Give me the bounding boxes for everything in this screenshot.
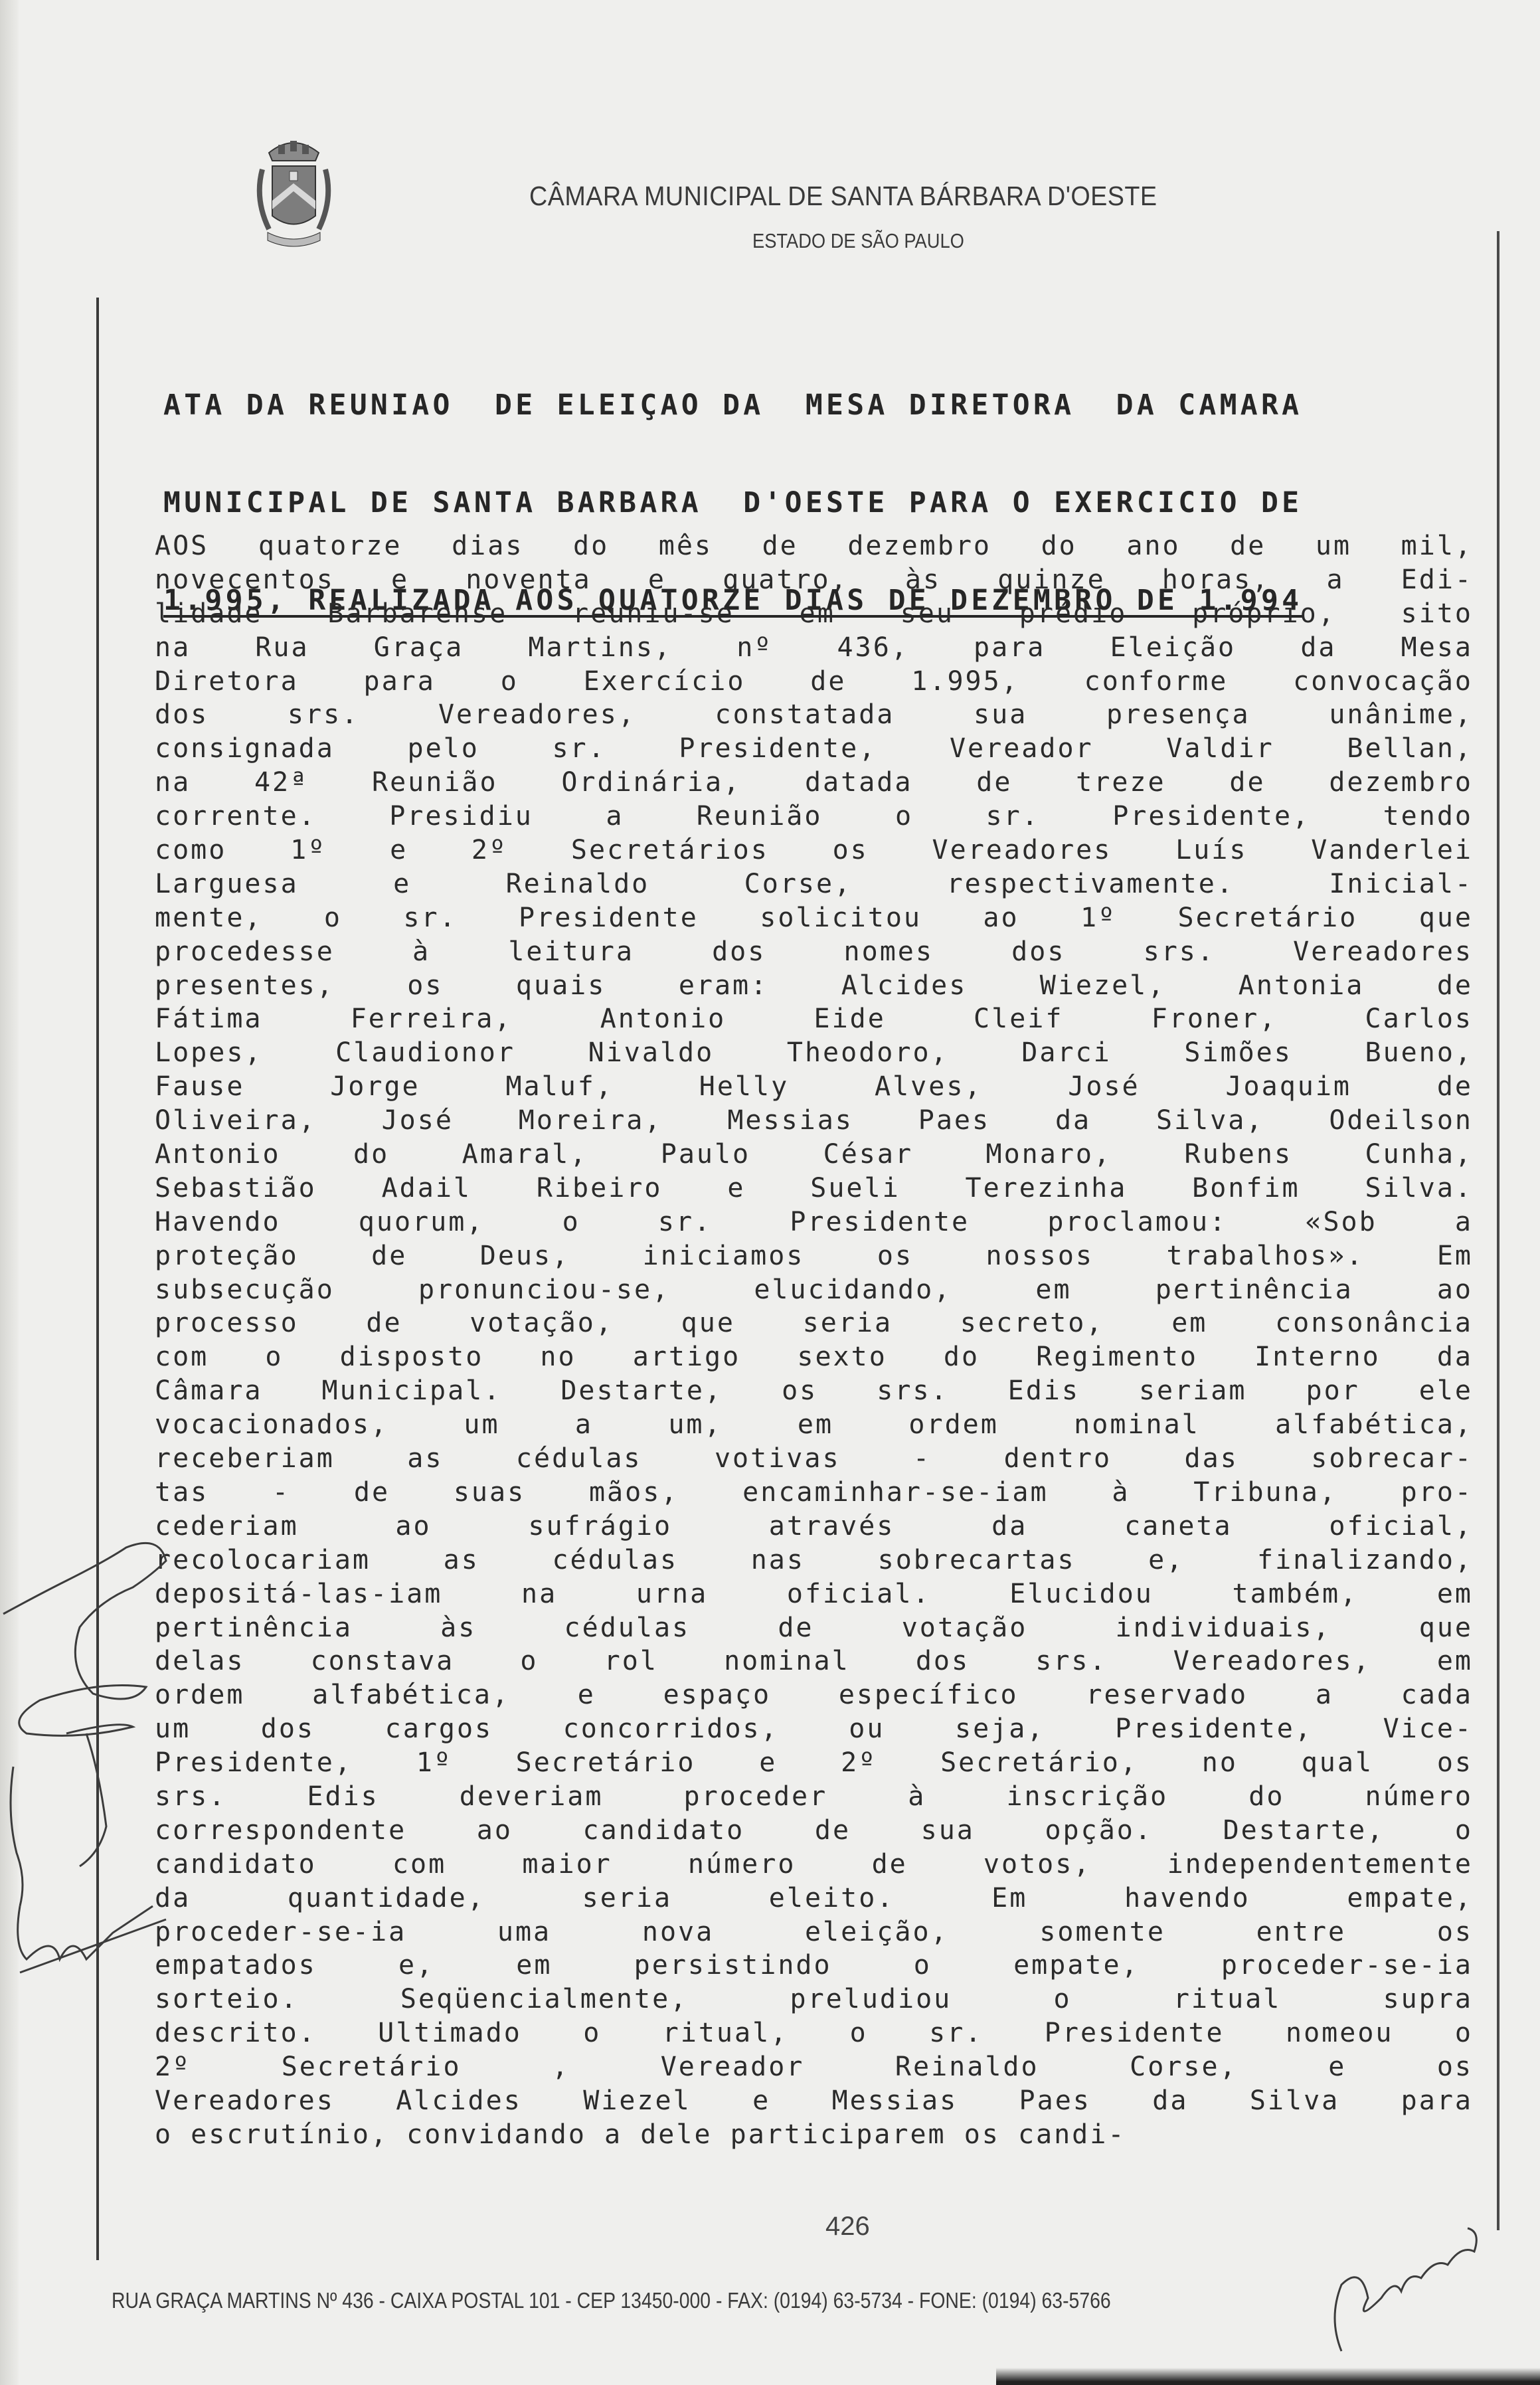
body-line: pertinência às cédulas de votação indivi… — [155, 1611, 1473, 1645]
body-line: recolocariam as cédulas nas sobrecartas … — [155, 1544, 1473, 1577]
body-line: Presidente, 1º Secretário e 2º Secretári… — [155, 1746, 1473, 1780]
minutes-body: AOS quatorze dias do mês de dezembro do … — [155, 529, 1473, 2152]
body-line: o escrutínio, convidando a dele particip… — [155, 2118, 1473, 2152]
body-line: descrito. Ultimado o ritual, o sr. Presi… — [155, 2016, 1473, 2050]
institution-name: CÂMARA MUNICIPAL DE SANTA BÁRBARA D'OEST… — [529, 181, 1157, 212]
body-line: corrente. Presidiu a Reunião o sr. Presi… — [155, 800, 1473, 834]
body-line: Sebastião Adail Ribeiro e Sueli Terezinh… — [155, 1172, 1473, 1205]
body-line: receberiam as cédulas votivas - dentro d… — [155, 1442, 1473, 1476]
body-line: ordem alfabética, e espaço específico re… — [155, 1678, 1473, 1712]
body-line: como 1º e 2º Secretários os Vereadores L… — [155, 834, 1473, 867]
body-line: candidato com maior número de votos, ind… — [155, 1848, 1473, 1882]
body-line: Câmara Municipal. Destarte, os srs. Edis… — [155, 1374, 1473, 1408]
body-line: srs. Edis deveriam proceder à inscrição … — [155, 1780, 1473, 1814]
body-line: lidade Barbarense reuniu-se em seu prédi… — [155, 597, 1473, 631]
body-line: mente, o sr. Presidente solicitou ao 1º … — [155, 901, 1473, 935]
body-line: AOS quatorze dias do mês de dezembro do … — [155, 529, 1473, 563]
scan-shadow — [996, 2368, 1540, 2385]
body-line: procedesse à leitura dos nomes dos srs. … — [155, 935, 1473, 969]
body-line: novecentos e noventa e quatro, às quinze… — [155, 563, 1473, 597]
body-line: presentes, os quais eram: Alcides Wiezel… — [155, 969, 1473, 1003]
frame-right-rule — [1497, 231, 1499, 2230]
body-line: com o disposto no artigo sexto do Regime… — [155, 1340, 1473, 1374]
body-line: delas constava o rol nominal dos srs. Ve… — [155, 1644, 1473, 1678]
body-line: cederiam ao sufrágio através da caneta o… — [155, 1510, 1473, 1544]
body-line: subsecução pronunciou-se, elucidando, em… — [155, 1273, 1473, 1307]
title-line: MUNICIPAL DE SANTA BARBARA D'OESTE PARA … — [163, 487, 1458, 519]
footer-address: RUA GRAÇA MARTINS Nº 436 - CAIXA POSTAL … — [112, 2288, 1111, 2313]
body-line: 2º Secretário , Vereador Reinaldo Corse,… — [155, 2050, 1473, 2084]
body-line: Lopes, Claudionor Nivaldo Theodoro, Darc… — [155, 1036, 1473, 1070]
body-line: dos srs. Vereadores, constatada sua pres… — [155, 698, 1473, 732]
body-line: empatados e, em persistindo o empate, pr… — [155, 1949, 1473, 1983]
body-line: sorteio. Seqüencialmente, preludiou o ri… — [155, 1983, 1473, 2016]
body-line: consignada pelo sr. Presidente, Vereador… — [155, 732, 1473, 766]
body-line: Oliveira, José Moreira, Messias Paes da … — [155, 1104, 1473, 1138]
body-line: um dos cargos concorridos, ou seja, Pres… — [155, 1712, 1473, 1746]
body-line: Fause Jorge Maluf, Helly Alves, José Joa… — [155, 1070, 1473, 1104]
body-line: Larguesa e Reinaldo Corse, respectivamen… — [155, 867, 1473, 901]
body-line: na 42ª Reunião Ordinária, datada de trez… — [155, 766, 1473, 800]
body-line: proceder-se-ia uma nova eleição, somente… — [155, 1915, 1473, 1949]
page-number: 426 — [825, 2212, 870, 2242]
body-line: tas - de suas mãos, encaminhar-se-iam à … — [155, 1476, 1473, 1510]
signature-bottom-right — [1322, 2218, 1494, 2371]
body-line: Antonio do Amaral, Paulo César Monaro, R… — [155, 1138, 1473, 1172]
coat-of-arms-icon — [249, 133, 339, 252]
state-name: ESTADO DE SÃO PAULO — [752, 229, 964, 253]
body-line: vocacionados, um a um, em ordem nominal … — [155, 1408, 1473, 1442]
body-line: processo de votação, que seria secreto, … — [155, 1306, 1473, 1340]
body-line: Havendo quorum, o sr. Presidente proclam… — [155, 1205, 1473, 1239]
title-line: ATA DA REUNIAO DE ELEIÇAO DA MESA DIRETO… — [163, 389, 1458, 422]
signature-left-margin — [0, 1534, 213, 2132]
body-line: proteção de Deus, iniciamos os nossos tr… — [155, 1239, 1473, 1273]
body-line: correspondente ao candidato de sua opção… — [155, 1814, 1473, 1848]
body-line: Fátima Ferreira, Antonio Eide Cleif Fron… — [155, 1002, 1473, 1036]
body-line: na Rua Graça Martins, nº 436, para Eleiç… — [155, 631, 1473, 665]
body-line: Diretora para o Exercício de 1.995, conf… — [155, 665, 1473, 699]
body-line: Vereadores Alcides Wiezel e Messias Paes… — [155, 2084, 1473, 2118]
body-line: da quantidade, seria eleito. Em havendo … — [155, 1882, 1473, 1915]
body-line: depositá-las-iam na urna oficial. Elucid… — [155, 1577, 1473, 1611]
